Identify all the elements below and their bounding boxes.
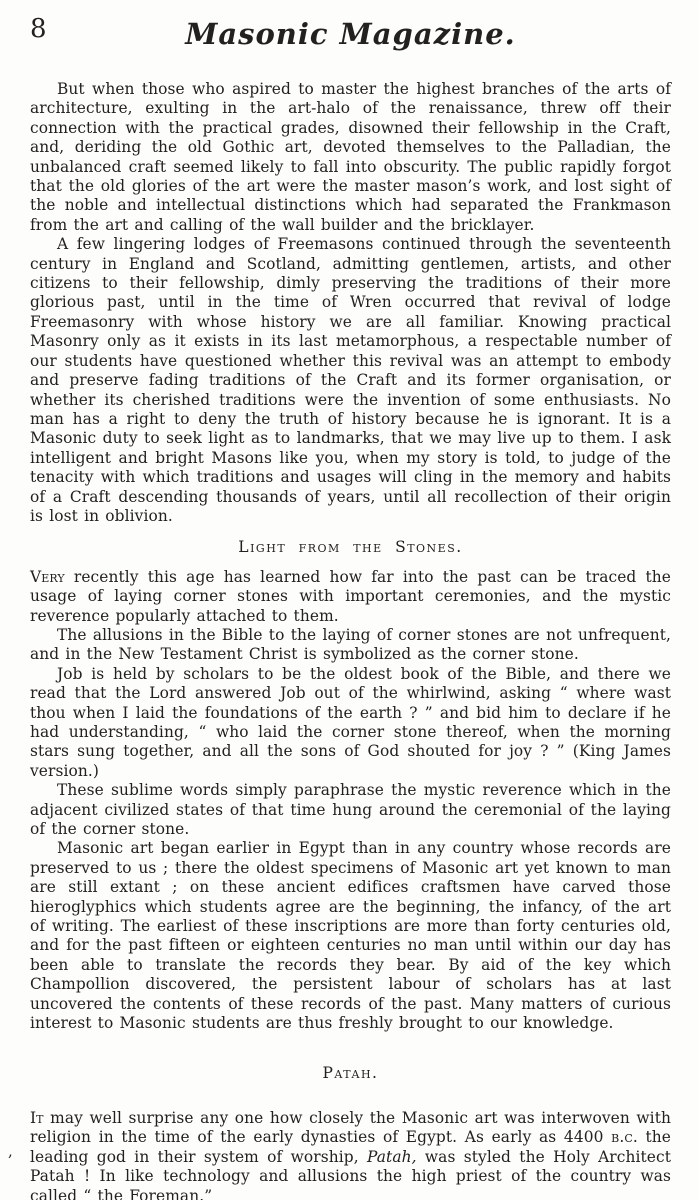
text-segment: Patah, xyxy=(367,1148,417,1166)
section-heading-patah: Patah. xyxy=(30,1064,671,1083)
magazine-page: 8 Masonic Magazine. But when those who a… xyxy=(0,0,699,1200)
section1-paragraph-4: These sublime words simply paraphrase th… xyxy=(30,781,671,839)
intro-paragraph-1: But when those who aspired to master the… xyxy=(30,80,671,235)
page-number: 8 xyxy=(30,16,47,42)
section1-paragraph-3: Job is held by scholars to be the oldest… xyxy=(30,665,671,781)
margin-artifact-mark: , xyxy=(8,1142,13,1160)
page-header: 8 Masonic Magazine. xyxy=(30,14,671,58)
section1-paragraph-2: The allusions in the Bible to the laying… xyxy=(30,626,671,665)
text-segment: recently this age has learned how far in… xyxy=(30,568,671,625)
text-segment: It xyxy=(30,1109,44,1127)
section1-lead-paragraph: Very recently this age has learned how f… xyxy=(30,568,671,626)
article-body: But when those who aspired to master the… xyxy=(30,80,671,1200)
text-segment: may well surprise any one how closely th… xyxy=(30,1109,671,1146)
section1-paragraph-5: Masonic art began earlier in Egypt than … xyxy=(30,839,671,1033)
magazine-title: Masonic Magazine. xyxy=(30,14,671,54)
text-segment: Very xyxy=(30,568,65,586)
text-segment: b.c. xyxy=(611,1128,638,1146)
section-heading-light-from-the-stones: Light from the Stones. xyxy=(30,538,671,557)
intro-paragraph-2: A few lingering lodges of Freemasons con… xyxy=(30,235,671,526)
section2-lead-paragraph: It may well surprise any one how closely… xyxy=(30,1109,671,1200)
